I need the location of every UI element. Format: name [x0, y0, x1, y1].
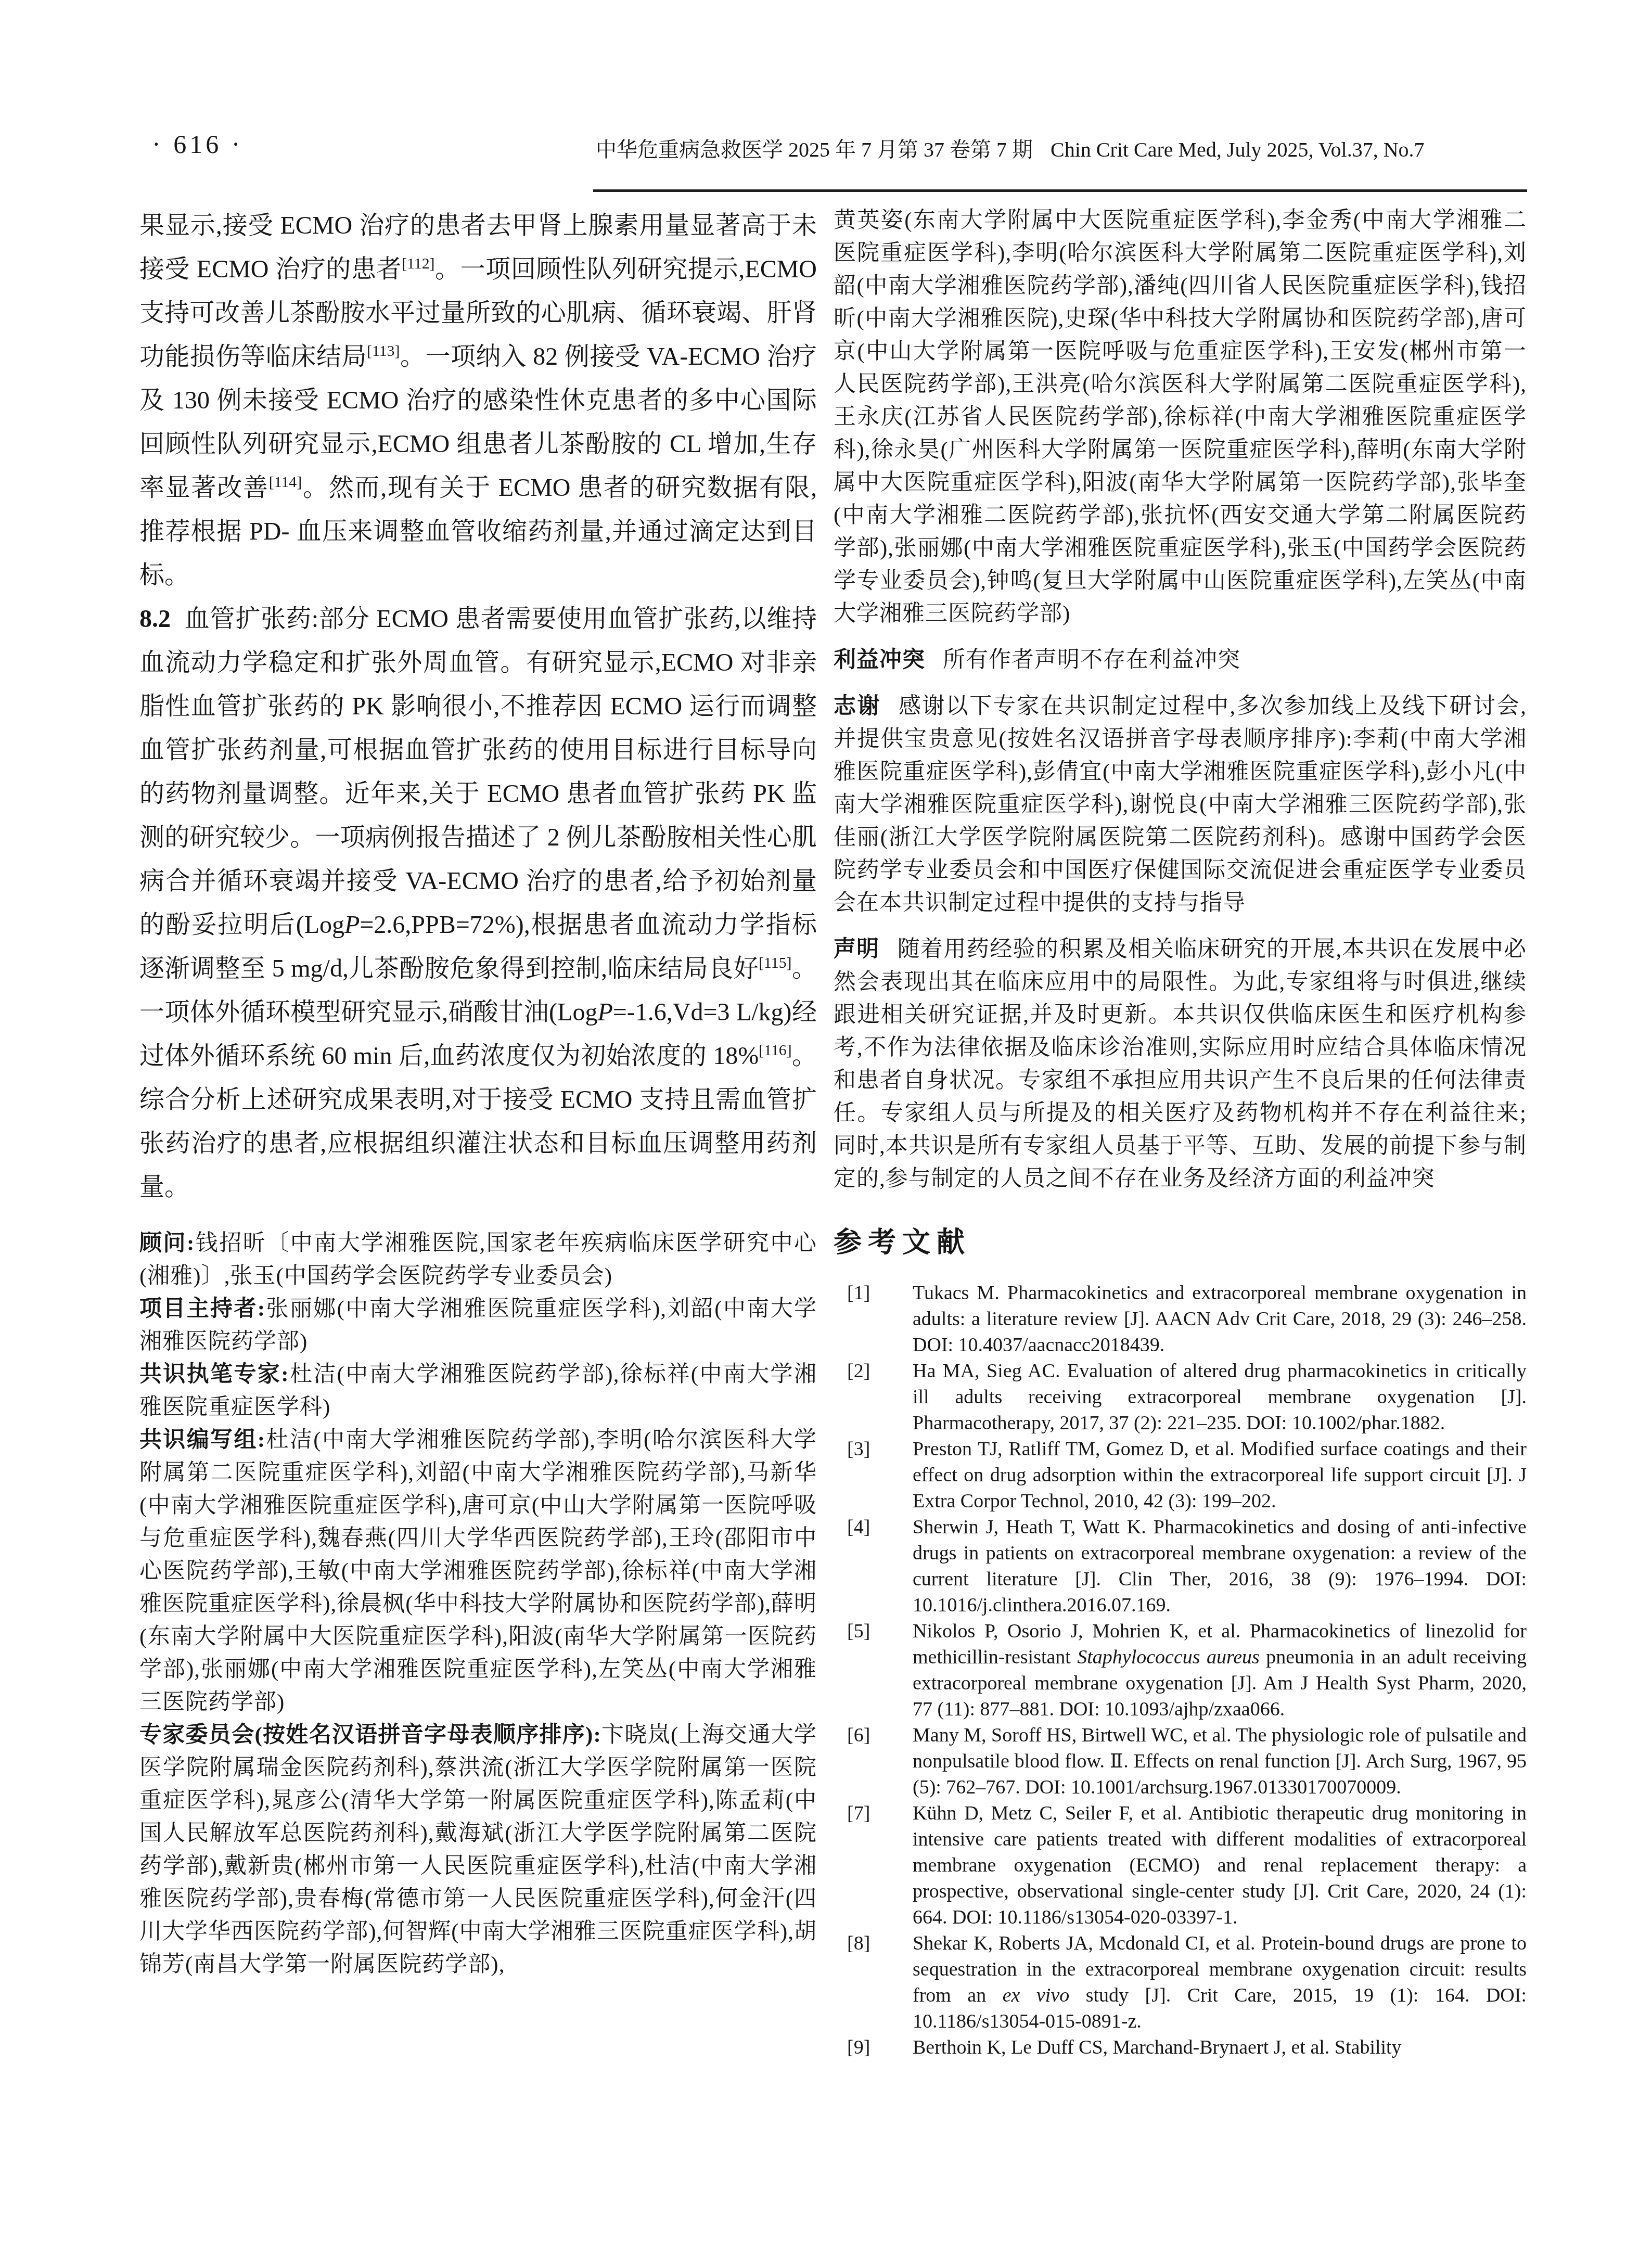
- journal-citation-en: Chin Crit Care Med, July 2025, Vol.37, N…: [1051, 138, 1425, 161]
- reference-text: Sherwin J, Heath T, Watt K. Pharmacokine…: [913, 1514, 1527, 1618]
- statement-text: 随着用药经验的积累及相关临床研究的开展,本共识在发展中必然会表现出其在临床应用中…: [834, 937, 1527, 1191]
- reference-number: [2]: [834, 1358, 913, 1436]
- contributor-section-expert-committee: 专家委员会(按姓名汉语拼音字母表顺序排序):卞晓岚(上海交通大学医学院附属瑞金医…: [139, 1719, 817, 1981]
- reference-number: [1]: [834, 1280, 913, 1358]
- reference-item: [9] Berthoin K, Le Duff CS, Marchand-Bry…: [834, 2034, 1527, 2060]
- disclaimer-statement: 声明随着用药经验的积累及相关临床研究的开展,本共识在发展中必然会表现出其在临床应…: [834, 933, 1527, 1195]
- reference-text: Tukacs M. Pharmacokinetics and extracorp…: [913, 1280, 1527, 1358]
- contributor-label: 顾问:: [139, 1231, 195, 1255]
- reference-number: [3]: [834, 1436, 913, 1514]
- contributor-names: 杜洁(中南大学湘雅医院药学部),李明(哈尔滨医科大学附属第二医院重症医学科),刘…: [139, 1428, 817, 1714]
- statement-label: 声明: [834, 937, 880, 962]
- reference-item: [4] Sherwin J, Heath T, Watt K. Pharmaco…: [834, 1514, 1527, 1618]
- contributor-label: 项目主持者:: [139, 1297, 265, 1321]
- reference-item: [6] Many M, Soroff HS, Birtwell WC, et a…: [834, 1722, 1527, 1800]
- reference-item: [1] Tukacs M. Pharmacokinetics and extra…: [834, 1280, 1527, 1358]
- reference-text: Berthoin K, Le Duff CS, Marchand-Brynaer…: [913, 2034, 1527, 2060]
- statement-label: 志谢: [834, 694, 881, 719]
- reference-item: [5] Nikolos P, Osorio J, Mohrien K, et a…: [834, 1618, 1527, 1722]
- section-8-2-paragraph: 8.2血管扩张药:部分 ECMO 患者需要使用血管扩张药,以维持血流动力学稳定和…: [139, 597, 817, 1209]
- contributors-block: 顾问:钱招昕〔中南大学湘雅医院,国家老年疾病临床医学研究中心(湘雅)〕,张玉(中…: [139, 1227, 817, 1981]
- statement-text: 感谢以下专家在共识制定过程中,多次参加线上及线下研讨会,并提供宝贵意见(按姓名汉…: [834, 694, 1527, 915]
- reference-number: [8]: [834, 1930, 913, 2034]
- reference-text: Shekar K, Roberts JA, Mcdonald CI, et al…: [913, 1930, 1527, 2034]
- contributor-section-advisors: 顾问:钱招昕〔中南大学湘雅医院,国家老年疾病临床医学研究中心(湘雅)〕,张玉(中…: [139, 1227, 817, 1292]
- reference-text: Preston TJ, Ratliff TM, Gomez D, et al. …: [913, 1436, 1527, 1514]
- statement-label: 利益冲突: [834, 648, 925, 672]
- reference-item: [3] Preston TJ, Ratliff TM, Gomez D, et …: [834, 1436, 1527, 1514]
- journal-citation: 中华危重病急救医学 2025 年 7 月第 37 卷第 7 期Chin Crit…: [596, 133, 1528, 163]
- reference-number: [5]: [834, 1618, 913, 1722]
- reference-item: [2] Ha MA, Sieg AC. Evaluation of altere…: [834, 1358, 1527, 1436]
- expert-committee-continuation: 黄英姿(东南大学附属中大医院重症医学科),李金秀(中南大学湘雅二医院重症医学科)…: [834, 204, 1527, 630]
- contributor-label: 共识编写组:: [139, 1428, 265, 1452]
- right-column: 黄英姿(东南大学附属中大医院重症医学科),李金秀(中南大学湘雅二医院重症医学科)…: [834, 204, 1527, 2060]
- reference-item: [8] Shekar K, Roberts JA, Mcdonald CI, e…: [834, 1930, 1527, 2034]
- contributor-names: 钱招昕〔中南大学湘雅医院,国家老年疾病临床医学研究中心(湘雅)〕,张玉(中国药学…: [139, 1231, 817, 1288]
- section-8-2-text: 血管扩张药:部分 ECMO 患者需要使用血管扩张药,以维持血流动力学稳定和扩张外…: [139, 605, 817, 1201]
- journal-page: · 616 · 中华危重病急救医学 2025 年 7 月第 37 卷第 7 期C…: [0, 0, 1652, 2242]
- reference-number: [7]: [834, 1800, 913, 1930]
- contributor-section-project-leads: 项目主持者:张丽娜(中南大学湘雅医院重症医学科),刘韶(中南大学湘雅医院药学部): [139, 1292, 817, 1358]
- references-heading: 参考文献: [834, 1220, 1527, 1260]
- reference-number: [6]: [834, 1722, 913, 1800]
- body-paragraph-continuation: 果显示,接受 ECMO 治疗的患者去甲肾上腺素用量显著高于未接受 ECMO 治疗…: [139, 204, 817, 597]
- references-list: [1] Tukacs M. Pharmacokinetics and extra…: [834, 1280, 1527, 2060]
- page-number: · 616 ·: [152, 129, 243, 159]
- reference-number: [4]: [834, 1514, 913, 1618]
- section-number: 8.2: [139, 605, 171, 633]
- contributor-names: 卞晓岚(上海交通大学医学院附属瑞金医院药剂科),蔡洪流(浙江大学医学院附属第一医…: [139, 1723, 817, 1977]
- reference-text: Ha MA, Sieg AC. Evaluation of altered dr…: [913, 1358, 1527, 1436]
- reference-text: Nikolos P, Osorio J, Mohrien K, et al. P…: [913, 1618, 1527, 1722]
- reference-item: [7] Kühn D, Metz C, Seiler F, et al. Ant…: [834, 1800, 1527, 1930]
- conflict-of-interest-statement: 利益冲突所有作者声明不存在利益冲突: [834, 644, 1527, 676]
- left-column: 果显示,接受 ECMO 治疗的患者去甲肾上腺素用量显著高于未接受 ECMO 治疗…: [139, 204, 817, 1981]
- header-rule: [593, 189, 1527, 192]
- contributor-section-writing-experts: 共识执笔专家:杜洁(中南大学湘雅医院药学部),徐标祥(中南大学湘雅医院重症医学科…: [139, 1358, 817, 1424]
- contributor-label: 专家委员会(按姓名汉语拼音字母表顺序排序):: [139, 1723, 601, 1747]
- reference-text: Kühn D, Metz C, Seiler F, et al. Antibio…: [913, 1800, 1527, 1930]
- reference-text: Many M, Soroff HS, Birtwell WC, et al. T…: [913, 1722, 1527, 1800]
- acknowledgements-statement: 志谢感谢以下专家在共识制定过程中,多次参加线上及线下研讨会,并提供宝贵意见(按姓…: [834, 690, 1527, 919]
- contributor-section-drafting-group: 共识编写组:杜洁(中南大学湘雅医院药学部),李明(哈尔滨医科大学附属第二医院重症…: [139, 1424, 817, 1719]
- journal-citation-cn: 中华危重病急救医学 2025 年 7 月第 37 卷第 7 期: [596, 138, 1033, 161]
- reference-number: [9]: [834, 2034, 913, 2060]
- contributor-label: 共识执笔专家:: [139, 1362, 289, 1387]
- statement-text: 所有作者声明不存在利益冲突: [943, 648, 1240, 672]
